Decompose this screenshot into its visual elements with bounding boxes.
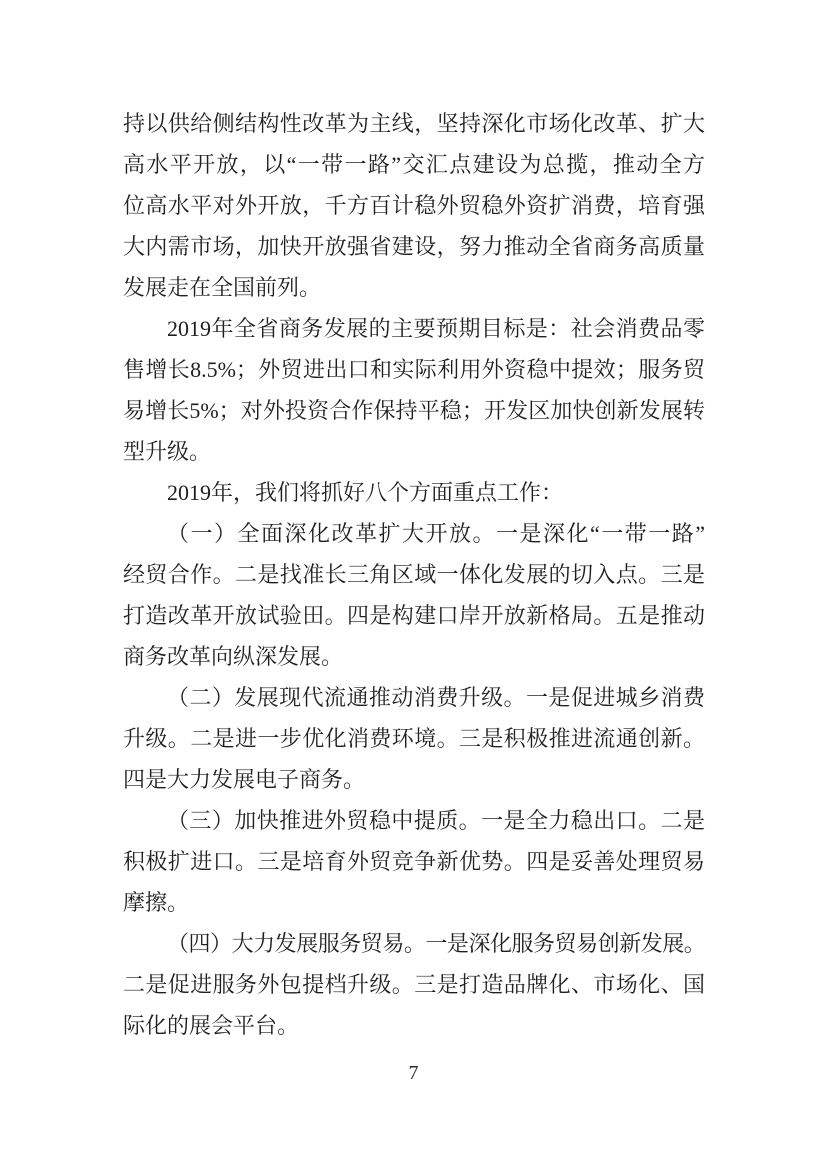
text-line: 位高水平对外开放，千方百计稳外贸稳外资扩消费，培育强 <box>123 185 705 226</box>
text-line: 高水平开放，以“一带一路”交汇点建设为总揽，推动全方 <box>123 144 705 185</box>
text-line: 商务改革向纵深发展。 <box>123 636 705 677</box>
page-number: 7 <box>0 1060 827 1086</box>
text-line: 售增长8.5%；外贸进出口和实际利用外资稳中提效；服务贸 <box>123 349 705 390</box>
text-line: 2019年全省商务发展的主要预期目标是：社会消费品零 <box>123 308 705 349</box>
text-line: 大内需市场，加快开放强省建设，努力推动全省商务高质量 <box>123 226 705 267</box>
text-line: 升级。二是进一步优化消费环境。三是积极推进流通创新。 <box>123 718 705 759</box>
text-line: 2019年，我们将抓好八个方面重点工作： <box>123 472 705 513</box>
document-page: 持以供给侧结构性改革为主线，坚持深化市场化改革、扩大 高水平开放，以“一带一路”… <box>0 0 827 1169</box>
text-line: 四是大力发展电子商务。 <box>123 759 705 800</box>
text-line: 际化的展会平台。 <box>123 1005 705 1046</box>
text-line: 型升级。 <box>123 431 705 472</box>
text-line: 二是促进服务外包提档升级。三是打造品牌化、市场化、国 <box>123 964 705 1005</box>
text-line: 摩擦。 <box>123 882 705 923</box>
text-line: 打造改革开放试验田。四是构建口岸开放新格局。五是推动 <box>123 595 705 636</box>
text-line: （一）全面深化改革扩大开放。一是深化“一带一路” <box>123 513 705 554</box>
text-line: （三）加快推进外贸稳中提质。一是全力稳出口。二是 <box>123 800 705 841</box>
text-line: （二）发展现代流通推动消费升级。一是促进城乡消费 <box>123 677 705 718</box>
text-line: 经贸合作。二是找准长三角区域一体化发展的切入点。三是 <box>123 554 705 595</box>
text-line: 易增长5%；对外投资合作保持平稳；开发区加快创新发展转 <box>123 390 705 431</box>
text-line: 积极扩进口。三是培育外贸竞争新优势。四是妥善处理贸易 <box>123 841 705 882</box>
text-line: 发展走在全国前列。 <box>123 267 705 308</box>
text-body: 持以供给侧结构性改革为主线，坚持深化市场化改革、扩大 高水平开放，以“一带一路”… <box>123 103 705 1046</box>
text-line: （四）大力发展服务贸易。一是深化服务贸易创新发展。 <box>123 923 705 964</box>
text-line: 持以供给侧结构性改革为主线，坚持深化市场化改革、扩大 <box>123 103 705 144</box>
